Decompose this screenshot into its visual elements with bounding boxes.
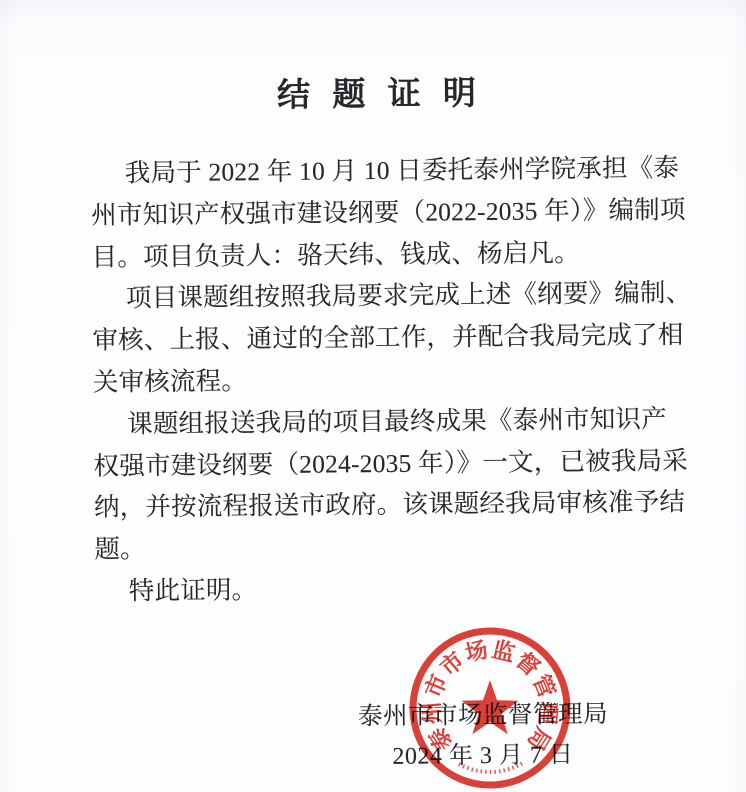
signature-line: 泰州市市场监督管理局 [358,695,608,732]
body-line: 审核、上报、通过的全部工作，并配合我局完成了相 [92,314,692,362]
body-line: 州市知识产权强市建设纲要（2022-2035 年）》编制项 [91,189,691,237]
date-line: 2024 年 3 月 7 日 [392,734,573,771]
body-line: 课题组报送我局的项目最终成果《泰州市知识产 [93,398,693,446]
document-body: 我局于 2022 年 10 月 10 日委托泰州学院承担《泰 州市知识产权强市建… [91,147,695,612]
body-line: 题。 [94,523,694,571]
document-content: 结 题 证 明 我局于 2022 年 10 月 10 日委托泰州学院承担《泰 州… [0,0,746,792]
body-line: 目。项目负责人：骆天纬、钱成、杨启凡。 [91,231,691,279]
page-title: 结 题 证 明 [0,64,746,118]
body-line: 项目课题组按照我局要求完成上述《纲要》编制、 [92,272,692,320]
body-line: 我局于 2022 年 10 月 10 日委托泰州学院承担《泰 [91,147,691,195]
scanned-document-page: 结 题 证 明 我局于 2022 年 10 月 10 日委托泰州学院承担《泰 州… [0,0,746,792]
body-line: 关审核流程。 [93,356,693,404]
body-line: 纳，并按流程报送市政府。该课题经我局审核准予结 [94,481,694,529]
body-line: 特此证明。 [95,565,695,613]
body-line: 权强市建设纲要（2024-2035 年）》一文，已被我局采 [93,440,693,488]
